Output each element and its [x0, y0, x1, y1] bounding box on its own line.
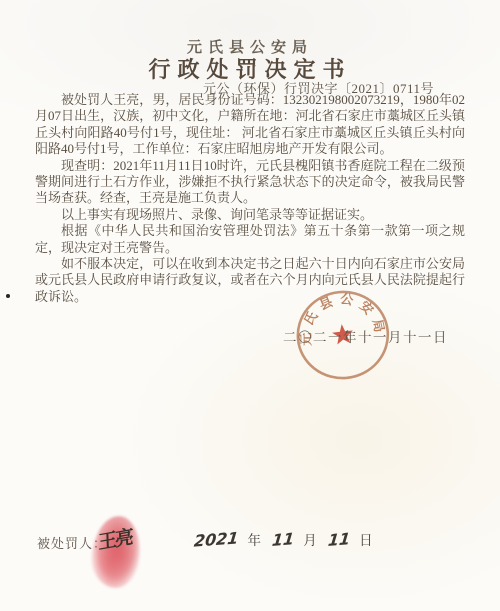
handwritten-day: 11 [327, 529, 351, 550]
paragraph-subject-info: 被处罚人王亮，男，居民身份证号码：132302198002073219，1980… [35, 92, 465, 158]
day-unit-label: 日 [359, 529, 375, 549]
document-body: 被处罚人王亮，男，居民身份证号码：132302198002073219，1980… [35, 92, 465, 305]
paragraph-findings: 现查明：2021年11月11日10时许，元氏县槐阳镇书香庭院工程在二级预警期间进… [35, 158, 465, 207]
handwritten-month: 11 [271, 529, 295, 550]
paragraph-legal-basis: 根据《中华人民共和国治安管理处罚法》第五十条第一款第一项之规定，现决定对王亮警告… [35, 223, 465, 256]
handwritten-year: 2021 [193, 528, 239, 550]
month-unit-label: 月 [303, 529, 319, 549]
paragraph-appeal-rights: 如不服本决定，可以在收到本决定书之日起六十日内向石家庄市公安局或元氏县人民政府申… [35, 256, 465, 305]
ink-dot-artifact [6, 294, 10, 298]
year-unit-label: 年 [248, 529, 264, 549]
handwritten-date: 2021 年 11 月 11 日 [194, 529, 375, 549]
issue-date: 二〇二一年十一月十一日 [283, 326, 448, 346]
penalty-decision-document: 元氏县公安局 行政处罚决定书 元公（环保）行罚决字〔2021〕0711号 被处罚… [0, 0, 500, 611]
paragraph-evidence: 以上事实有现场照片、录像、询问笔录等等证据证实。 [35, 207, 465, 223]
